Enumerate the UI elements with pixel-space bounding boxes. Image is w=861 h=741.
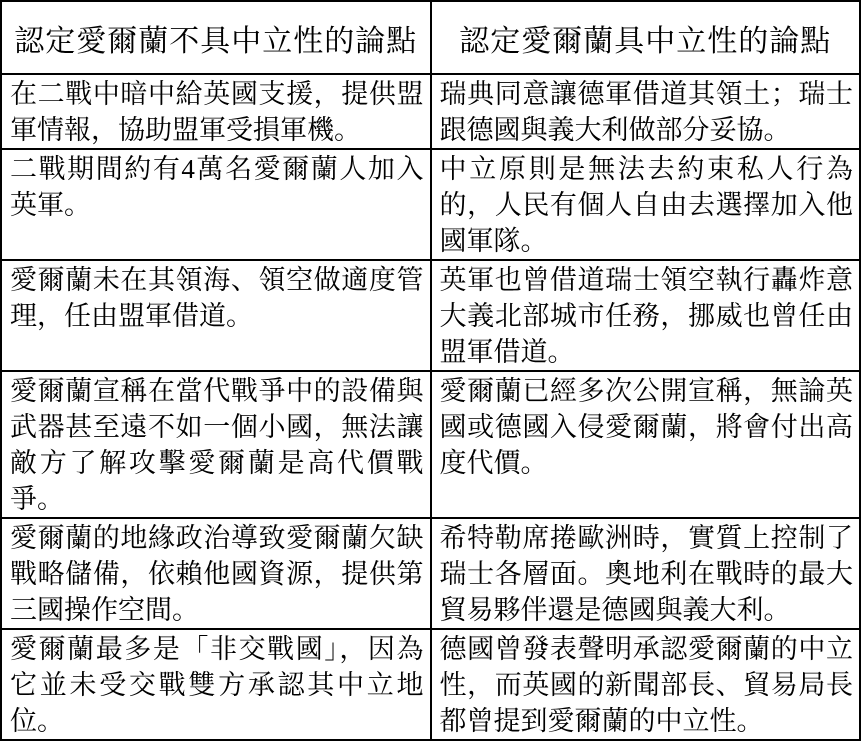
table-row: 愛爾蘭未在其領海、領空做適度管理，任由盟軍借道。 英軍也曾借道瑞士領空執行轟炸意… <box>1 260 860 371</box>
argument-cell-right: 德國曾發表聲明承認愛爾蘭的中立性，而英國的新聞部長、貿易局長都曾提到愛爾蘭的中立… <box>431 629 861 740</box>
argument-cell-left: 愛爾蘭的地緣政治導致愛爾蘭欠缺戰略儲備，依賴他國資源，提供第三國操作空間。 <box>1 518 431 629</box>
argument-cell-left: 愛爾蘭最多是「非交戰國」，因為它並未受交戰雙方承認其中立地位。 <box>1 629 431 740</box>
argument-cell-right: 瑞典同意讓德軍借道其領土；瑞士跟德國與義大利做部分妥協。 <box>431 74 861 149</box>
argument-cell-left: 愛爾蘭未在其領海、領空做適度管理，任由盟軍借道。 <box>1 260 431 371</box>
argument-cell-left: 在二戰中暗中給英國支援，提供盟軍情報，協助盟軍受損軍機。 <box>1 74 431 149</box>
header-row: 認定愛爾蘭不具中立性的論點 認定愛爾蘭具中立性的論點 <box>1 1 860 74</box>
header-cell-not-neutral: 認定愛爾蘭不具中立性的論點 <box>1 1 431 74</box>
table-row: 愛爾蘭的地緣政治導致愛爾蘭欠缺戰略儲備，依賴他國資源，提供第三國操作空間。 希特… <box>1 518 860 629</box>
table-row: 愛爾蘭宣稱在當代戰爭中的設備與武器甚至遠不如一個小國，無法讓敵方了解攻擊愛爾蘭是… <box>1 371 860 518</box>
table-row: 愛爾蘭最多是「非交戰國」，因為它並未受交戰雙方承認其中立地位。 德國曾發表聲明承… <box>1 629 860 740</box>
argument-cell-right: 愛爾蘭已經多次公開宣稱，無論英國或德國入侵愛爾蘭，將會付出高度代價。 <box>431 371 861 518</box>
table-row: 二戰期間約有4萬名愛爾蘭人加入英軍。 中立原則是無法去約束私人行為的，人民有個人… <box>1 149 860 260</box>
argument-cell-left: 愛爾蘭宣稱在當代戰爭中的設備與武器甚至遠不如一個小國，無法讓敵方了解攻擊愛爾蘭是… <box>1 371 431 518</box>
argument-cell-right: 英軍也曾借道瑞士領空執行轟炸意大義北部城市任務，挪威也曾任由盟軍借道。 <box>431 260 861 371</box>
neutrality-arguments-table: 認定愛爾蘭不具中立性的論點 認定愛爾蘭具中立性的論點 在二戰中暗中給英國支援，提… <box>0 0 861 741</box>
header-cell-neutral: 認定愛爾蘭具中立性的論點 <box>431 1 861 74</box>
argument-cell-left: 二戰期間約有4萬名愛爾蘭人加入英軍。 <box>1 149 431 260</box>
argument-cell-right: 希特勒席捲歐洲時，實質上控制了瑞士各層面。奧地利在戰時的最大貿易夥伴還是德國與義… <box>431 518 861 629</box>
table-row: 在二戰中暗中給英國支援，提供盟軍情報，協助盟軍受損軍機。 瑞典同意讓德軍借道其領… <box>1 74 860 149</box>
argument-cell-right: 中立原則是無法去約束私人行為的，人民有個人自由去選擇加入他國軍隊。 <box>431 149 861 260</box>
